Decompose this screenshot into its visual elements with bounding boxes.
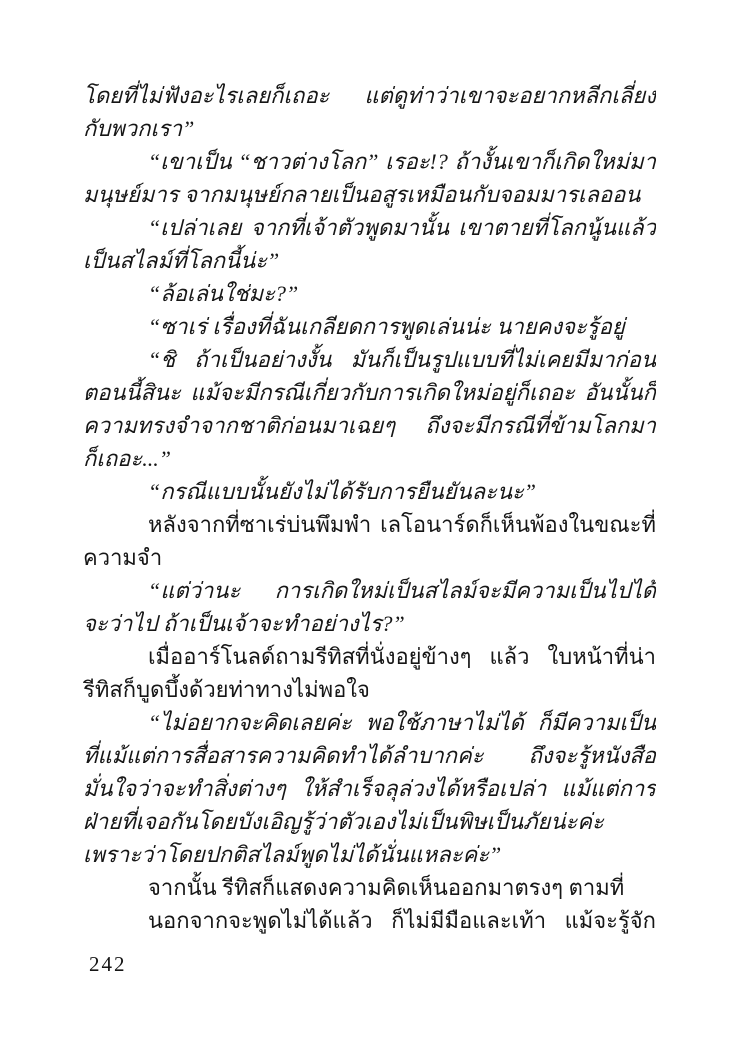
text-line: เมื่ออาร์โนลด์ถามรีทิสที่นั่งอยู่ข้างๆ แ… — [83, 640, 656, 673]
text-line: “ล้อเล่นใช่มะ?” — [83, 277, 656, 310]
text-line: เป็นสไลม์ที่โลกนี้น่ะ” — [83, 244, 656, 277]
page-number: 242 — [89, 951, 127, 977]
text-line: จากนั้น รีทิสก็แสดงความคิดเห็นออกมาตรงๆ … — [83, 871, 656, 904]
text-line: “เปล่าเลย จากที่เจ้าตัวพูดมานั้น เขาตายท… — [83, 211, 656, 244]
text-line: กับพวกเรา” — [83, 112, 656, 145]
text-line: “แต่ว่านะ การเกิดใหม่เป็นสไลม์จะมีความเป… — [83, 574, 656, 607]
text-line: ที่แม้แต่การสื่อสารความคิดทำได้ลำบากค่ะ … — [83, 739, 656, 772]
text-line: “ไม่อยากจะคิดเลยค่ะ พอใช้ภาษาไม่ได้ ก็มี… — [83, 706, 656, 739]
text-line: “ซาเร่ เรื่องที่ฉันเกลียดการพูดเล่นน่ะ น… — [83, 310, 656, 343]
text-line: นอกจากจะพูดไม่ได้แล้ว ก็ไม่มีมือและเท้า … — [83, 904, 656, 937]
text-line: ฝ่ายที่เจอกันโดยบังเอิญรู้ว่าตัวเองไม่เป… — [83, 805, 656, 838]
text-line: “กรณีแบบนั้นยังไม่ได้รับการยืนยันละนะ” — [83, 475, 656, 508]
text-line: มั่นใจว่าจะทำสิ่งต่างๆ ให้สำเร็จลุล่วงได… — [83, 772, 656, 805]
text-block: โดยที่ไม่ฟังอะไรเลยก็เถอะ แต่ดูท่าว่าเขา… — [83, 79, 656, 937]
text-line: ตอนนี้สินะ แม้จะมีกรณีเกี่ยวกับการเกิดให… — [83, 376, 656, 409]
book-page: โดยที่ไม่ฟังอะไรเลยก็เถอะ แต่ดูท่าว่าเขา… — [0, 0, 738, 1051]
text-line: เพราะว่าโดยปกติสไลม์พูดไม่ได้นั่นแหละค่ะ… — [83, 838, 656, 871]
text-line: “ชิ ถ้าเป็นอย่างงั้น มันก็เป็นรูปแบบที่ไ… — [83, 343, 656, 376]
text-line: “เขาเป็น “ชาวต่างโลก” เรอะ!? ถ้างั้นเขาก… — [83, 145, 656, 178]
text-line: จะว่าไป ถ้าเป็นเจ้าจะทำอย่างไร?” — [83, 607, 656, 640]
text-line: ความจำ — [83, 541, 656, 574]
text-line: มนุษย์มาร จากมนุษย์กลายเป็นอสูรเหมือนกับ… — [83, 178, 656, 211]
text-line: ก็เถอะ...” — [83, 442, 656, 475]
text-line: ความทรงจำจากชาติก่อนมาเฉยๆ ถึงจะมีกรณีที… — [83, 409, 656, 442]
text-line: รีทิสก็บูดบึ้งด้วยท่าทางไม่พอใจ — [83, 673, 656, 706]
text-line: หลังจากที่ซาเร่บ่นพึมพำ เลโอนาร์ดก็เห็นพ… — [83, 508, 656, 541]
text-line: โดยที่ไม่ฟังอะไรเลยก็เถอะ แต่ดูท่าว่าเขา… — [83, 79, 656, 112]
